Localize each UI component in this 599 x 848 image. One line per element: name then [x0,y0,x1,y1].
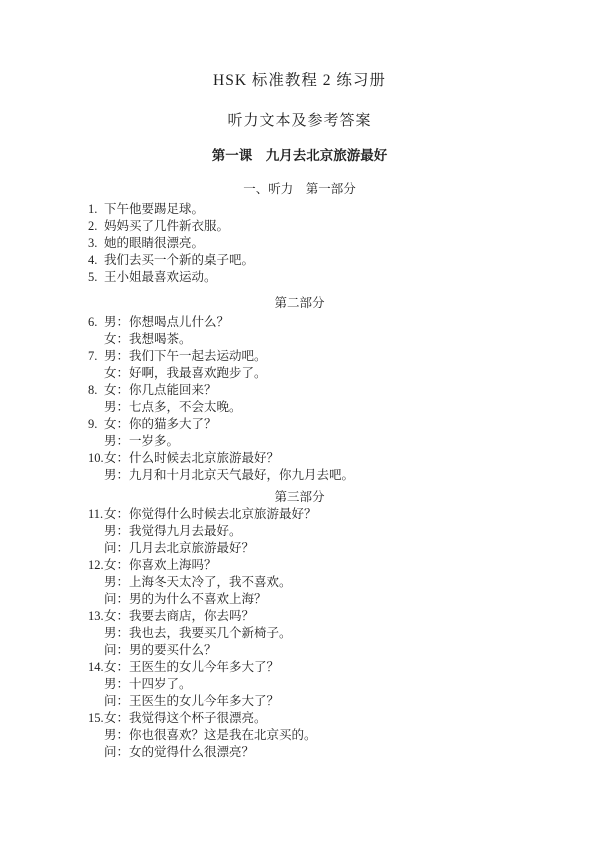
dialogue-line: 男：九月和十月北京天气最好，你九月去吧。 [104,467,559,484]
list-item: 15. 女：我觉得这个杯子很漂亮。 男：你也很喜欢？这是我在北京买的。 问：女的… [88,710,559,761]
dialogue-line: 女：王医生的女儿今年多大了？ [104,659,559,676]
part2-items: 6. 男：你想喝点儿什么？ 女：我想喝茶。 7. 男：我们下午一起去运动吧。 女… [88,314,559,484]
list-item: 7. 男：我们下午一起去运动吧。 女：好啊，我最喜欢跑步了。 [88,348,559,382]
list-item: 1. 下午他要踢足球。 [88,201,559,218]
sentence-line: 下午他要踢足球。 [104,201,559,218]
doc-title: HSK 标准教程 2 练习册 [0,0,599,90]
part3-items: 11. 女：你觉得什么时候去北京旅游最好？ 男：我觉得九月去最好。 问：几月去北… [88,506,559,761]
sentence-line: 妈妈买了几件新衣服。 [104,218,559,235]
item-number: 14. [88,659,104,676]
list-item: 6. 男：你想喝点儿什么？ 女：我想喝茶。 [88,314,559,348]
list-item: 5. 王小姐最喜欢运动。 [88,269,559,286]
list-item: 11. 女：你觉得什么时候去北京旅游最好？ 男：我觉得九月去最好。 问：几月去北… [88,506,559,557]
part2-heading: 第二部分 [0,295,599,312]
dialogue-line: 女：你几点能回来？ [104,382,559,399]
item-number: 10. [88,450,104,467]
dialogue-line: 男：上海冬天太冷了，我不喜欢。 [104,574,559,591]
part3-heading: 第三部分 [0,489,599,506]
question-line: 问：女的觉得什么很漂亮？ [104,744,559,761]
sentence-line: 我们去买一个新的桌子吧。 [104,252,559,269]
item-number: 6. [88,314,104,331]
item-number: 5. [88,269,104,286]
list-item: 4. 我们去买一个新的桌子吧。 [88,252,559,269]
dialogue-line: 女：你的猫多大了？ [104,416,559,433]
lesson-title: 第一课 九月去北京旅游最好 [0,147,599,165]
list-item: 9. 女：你的猫多大了？ 男：一岁多。 [88,416,559,450]
item-number: 3. [88,235,104,252]
list-item: 2. 妈妈买了几件新衣服。 [88,218,559,235]
dialogue-line: 男：一岁多。 [104,433,559,450]
item-number: 8. [88,382,104,399]
question-line: 问：男的要买什么？ [104,642,559,659]
section-heading-listening-part1: 一、听力 第一部分 [0,181,599,198]
dialogue-line: 女：我想喝茶。 [104,331,559,348]
item-number: 4. [88,252,104,269]
list-item: 8. 女：你几点能回来？ 男：七点多，不会太晚。 [88,382,559,416]
dialogue-line: 女：我觉得这个杯子很漂亮。 [104,710,559,727]
question-line: 问：几月去北京旅游最好？ [104,540,559,557]
list-item: 10. 女：什么时候去北京旅游最好？ 男：九月和十月北京天气最好，你九月去吧。 [88,450,559,484]
list-item: 13. 女：我要去商店，你去吗？ 男：我也去，我要买几个新椅子。 问：男的要买什… [88,608,559,659]
item-number: 13. [88,608,104,625]
list-item: 3. 她的眼睛很漂亮。 [88,235,559,252]
item-number: 12. [88,557,104,574]
part1-items: 1. 下午他要踢足球。 2. 妈妈买了几件新衣服。 3. 她的眼睛很漂亮。 4.… [88,201,559,286]
item-number: 11. [88,506,104,523]
question-line: 问：男的为什么不喜欢上海？ [104,591,559,608]
sentence-line: 她的眼睛很漂亮。 [104,235,559,252]
dialogue-line: 男：我觉得九月去最好。 [104,523,559,540]
dialogue-line: 女：我要去商店，你去吗？ [104,608,559,625]
dialogue-line: 女：什么时候去北京旅游最好？ [104,450,559,467]
dialogue-line: 男：十四岁了。 [104,676,559,693]
item-number: 9. [88,416,104,433]
item-number: 1. [88,201,104,218]
item-number: 2. [88,218,104,235]
list-item: 14. 女：王医生的女儿今年多大了？ 男：十四岁了。 问：王医生的女儿今年多大了… [88,659,559,710]
item-number: 7. [88,348,104,365]
dialogue-line: 男：你想喝点儿什么？ [104,314,559,331]
dialogue-line: 女：好啊，我最喜欢跑步了。 [104,365,559,382]
list-item: 12. 女：你喜欢上海吗？ 男：上海冬天太冷了，我不喜欢。 问：男的为什么不喜欢… [88,557,559,608]
dialogue-line: 男：七点多，不会太晚。 [104,399,559,416]
item-number: 15. [88,710,104,727]
doc-subtitle: 听力文本及参考答案 [0,112,599,130]
dialogue-line: 男：你也很喜欢？这是我在北京买的。 [104,727,559,744]
question-line: 问：王医生的女儿今年多大了？ [104,693,559,710]
dialogue-line: 男：我们下午一起去运动吧。 [104,348,559,365]
document-page: HSK 标准教程 2 练习册 听力文本及参考答案 第一课 九月去北京旅游最好 一… [0,0,599,848]
dialogue-line: 女：你喜欢上海吗？ [104,557,559,574]
dialogue-line: 女：你觉得什么时候去北京旅游最好？ [104,506,559,523]
sentence-line: 王小姐最喜欢运动。 [104,269,559,286]
dialogue-line: 男：我也去，我要买几个新椅子。 [104,625,559,642]
